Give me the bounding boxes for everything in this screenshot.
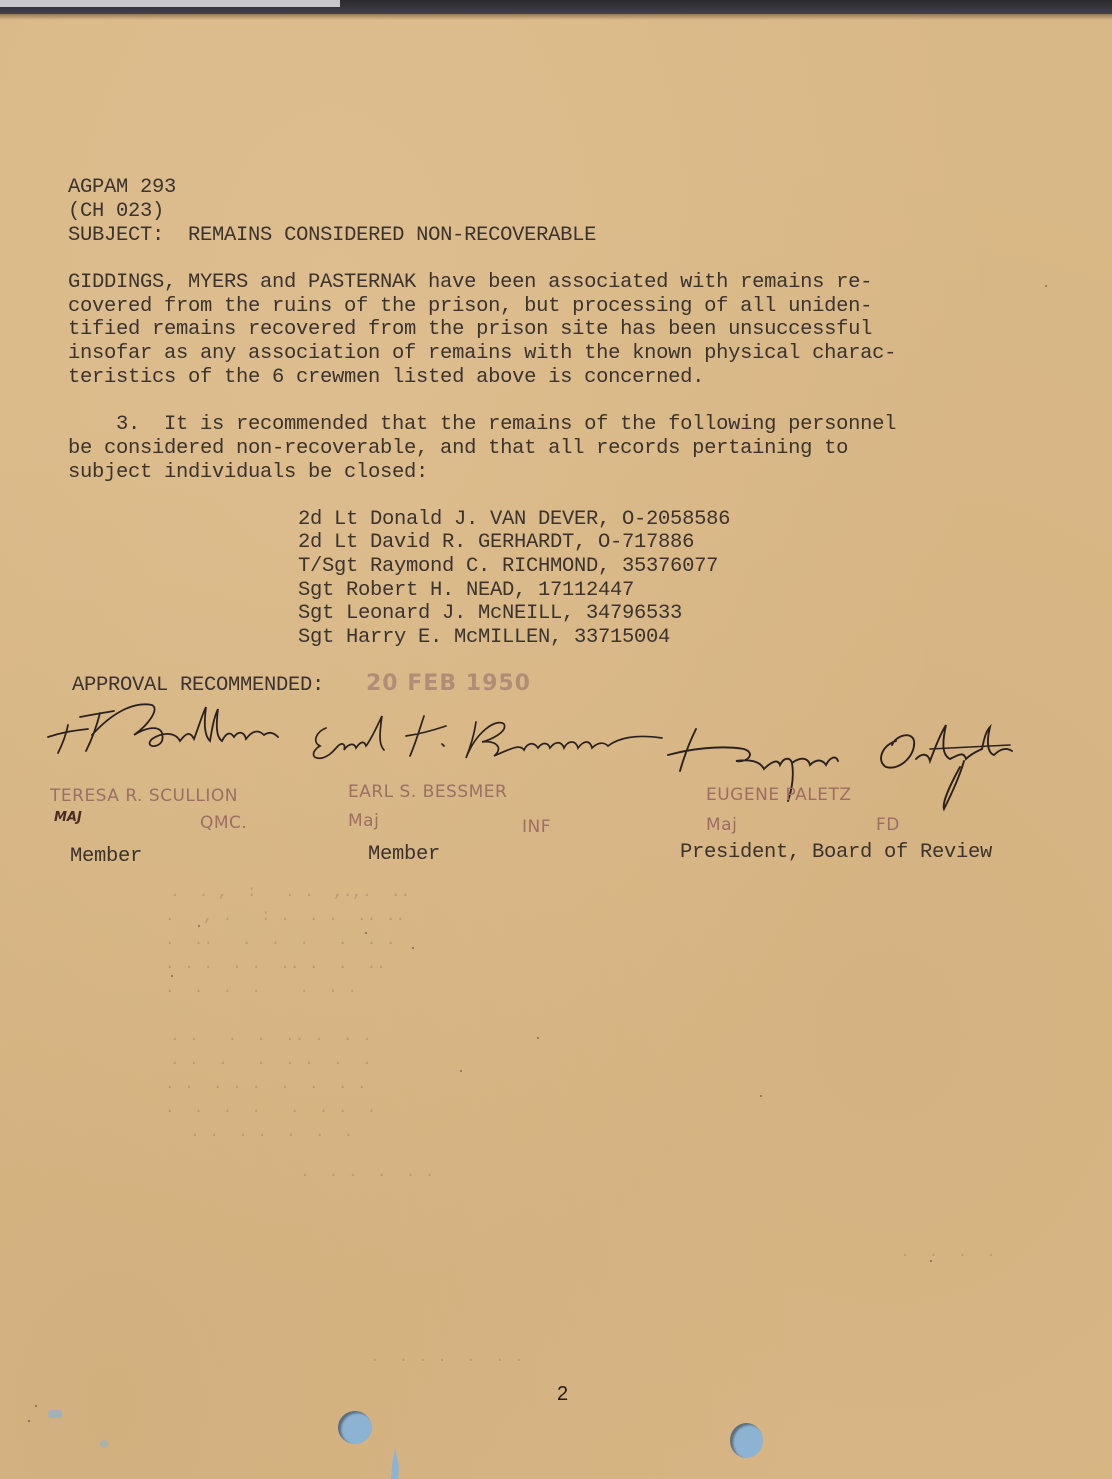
- page-number: 2: [557, 1383, 568, 1406]
- branch: INF: [522, 817, 551, 837]
- subject-spacer: [164, 224, 188, 247]
- page-top-shadow: [0, 14, 1112, 20]
- role: Member: [70, 845, 142, 869]
- paper-damage-mark: [100, 1440, 108, 1448]
- rank: Maj: [706, 815, 737, 835]
- signature-scullion: [40, 695, 290, 765]
- punch-hole-left: [338, 1411, 372, 1444]
- paper-tear: [391, 1448, 399, 1479]
- document-page: AGPAM 293 (CH 023) SUBJECT: REMAINS CONS…: [0, 0, 1112, 1479]
- paragraph-line: tified remains recovered from the prison…: [68, 318, 872, 342]
- personnel-entry: Sgt Leonard J. McNEILL, 34796533: [298, 602, 682, 626]
- branch: QMC.: [200, 813, 247, 833]
- scanner-top-edge: [0, 0, 1112, 14]
- personnel-entry: T/Sgt Raymond C. RICHMOND, 35376077: [298, 555, 718, 579]
- paragraph-line: teristics of the 6 crewmen listed above …: [68, 366, 704, 390]
- personnel-entry: Sgt Robert H. NEAD, 17112447: [298, 579, 634, 603]
- subject-label: SUBJECT:: [68, 224, 164, 247]
- paragraph-line: be considered non-recoverable, and that …: [68, 437, 848, 461]
- personnel-entry: 2d Lt David R. GERHARDT, O-717886: [298, 531, 694, 555]
- stamped-name: EARL S. BESSMER: [348, 782, 507, 802]
- rank: MAJ: [54, 810, 82, 825]
- personnel-entry: Sgt Harry E. McMILLEN, 33715004: [298, 626, 670, 650]
- paragraph-line: insofar as any association of remains wi…: [68, 342, 896, 366]
- personnel-entry: 2d Lt Donald J. VAN DEVER, O-2058586: [298, 508, 730, 532]
- subject-text: REMAINS CONSIDERED NON-RECOVERABLE: [188, 224, 596, 247]
- punch-hole-right: [730, 1423, 763, 1458]
- file-reference: AGPAM 293: [68, 176, 176, 200]
- paper-damage-mark: [48, 1410, 62, 1418]
- subject-line: SUBJECT: REMAINS CONSIDERED NON-RECOVERA…: [68, 224, 596, 248]
- approval-label: APPROVAL RECOMMENDED:: [72, 674, 324, 698]
- paragraph-line: covered from the ruins of the prison, bu…: [68, 295, 872, 319]
- sub-reference: (CH 023): [68, 200, 164, 224]
- signature-bessmer: [306, 708, 676, 778]
- stamped-name: TERESA R. SCULLION: [50, 786, 238, 806]
- role: Member: [368, 843, 440, 867]
- paragraph-line: 3. It is recommended that the remains of…: [68, 413, 896, 437]
- role: President, Board of Review: [680, 841, 992, 865]
- branch: FD: [876, 815, 900, 835]
- scanner-edge-strip: [0, 0, 340, 7]
- date-stamp: 20 FEB 1950: [366, 671, 531, 696]
- rank: Maj: [348, 811, 379, 831]
- stamped-name: EUGENE PALETZ: [706, 785, 852, 805]
- paragraph-line: subject individuals be closed:: [68, 461, 428, 485]
- paragraph-line: GIDDINGS, MYERS and PASTERNAK have been …: [68, 271, 872, 295]
